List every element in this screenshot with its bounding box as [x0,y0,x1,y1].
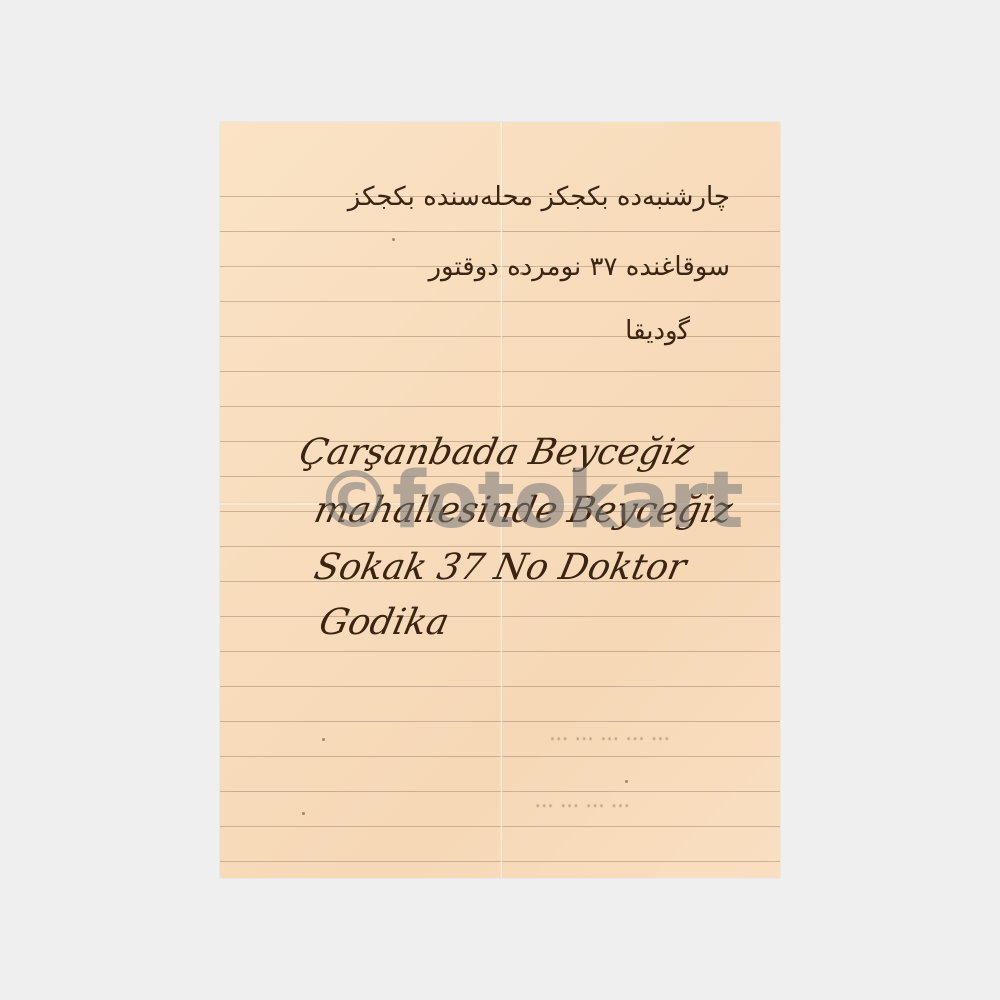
ink-speck [322,738,325,741]
latin-line-4: Godika [316,602,453,643]
ink-speck [625,780,628,783]
ink-speck [392,238,395,241]
ink-speck [302,812,305,815]
faded-writing-1: ··· ··· ··· ··· ··· [549,727,670,751]
ink-speck [520,272,523,275]
latin-line-3: Sokak 37 No Doktor [311,547,690,588]
arabic-line-2: سوقاغنده ٣٧ نومرده دوقتور [428,252,730,282]
watermark: ©fotokart [315,462,743,540]
faded-writing-2: ··· ··· ··· ··· [535,794,630,818]
arabic-line-1: چارشنبه‌ده بکجكز محله‌سنده بکجكز [348,182,730,212]
arabic-line-3: ﮔودیقا [625,316,690,346]
